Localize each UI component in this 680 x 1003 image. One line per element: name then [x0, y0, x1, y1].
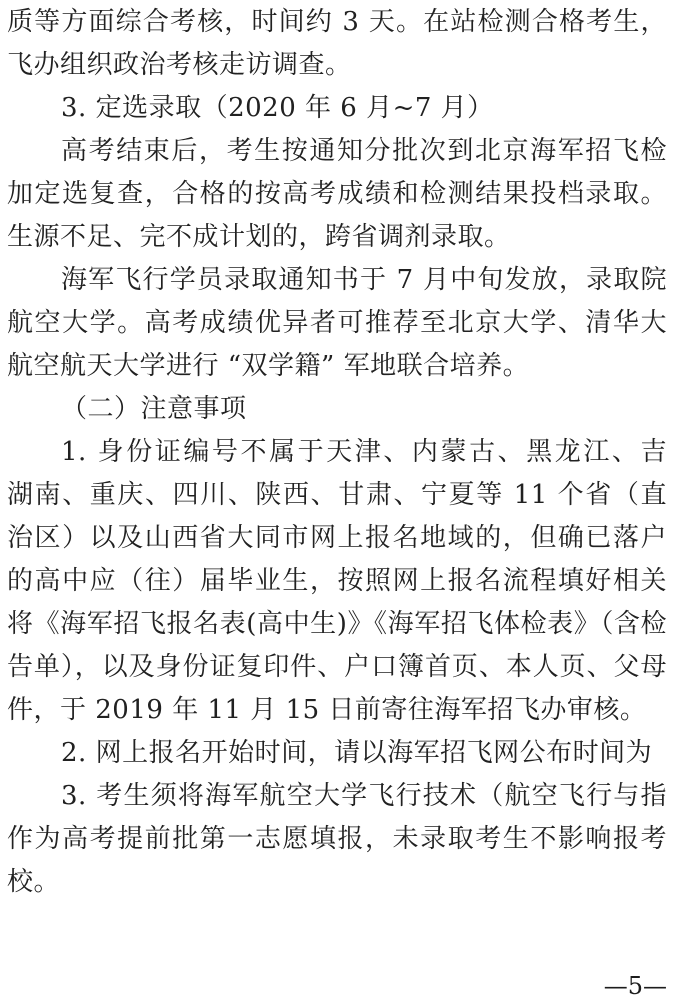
text-line: 航空航天大学进行 “双学籍” 军地联合培养。 — [7, 345, 667, 388]
text-line: 将《海军招飞报名表(高中生)》《海军招飞体检表》（含检查报 — [7, 603, 667, 646]
text-line: 2. 网上报名开始时间，请以海军招飞网公布时间为准。 — [7, 732, 667, 775]
text-line: 告单），以及身份证复印件、户口簿首页、本人页、父母页复印 — [7, 646, 667, 689]
text-line: 校。 — [7, 861, 667, 904]
section-heading: （二）注意事项 — [7, 388, 667, 431]
text-line: 作为高考提前批第一志愿填报，未录取考生不影响报考其他院 — [7, 818, 667, 861]
text-line: 质等方面综合考核，时间约 3 天。在站检测合格考生，由海军招 — [7, 1, 667, 44]
text-line: 湖南、重庆、四川、陕西、甘肃、宁夏等 11 个省（直辖市、自 — [7, 474, 667, 517]
page-number: —5— — [604, 974, 667, 998]
text-line: 加定选复查，合格的按高考成绩和检测结果投档录取。本省上线 — [7, 173, 667, 216]
text-line: 治区）以及山西省大同市网上报名地域的，但确已落户在该地域 — [7, 517, 667, 560]
text-line: 飞办组织政治考核走访调查。 — [7, 44, 667, 87]
text-line: 件，于 2019 年 11 月 15 日前寄往海军招飞办审核。 — [7, 689, 667, 732]
section-heading: 3. 定选录取（2020 年 6 月~7 月） — [7, 87, 667, 130]
text-line: 3. 考生须将海军航空大学飞行技术（航空飞行与指挥）专业 — [7, 775, 667, 818]
text-line: 的高中应（往）届毕业生，按照网上报名流程填好相关资料后， — [7, 560, 667, 603]
text-line: 高考结束后，考生按通知分批次到北京海军招飞检测中心参 — [7, 130, 667, 173]
text-line: 1. 身份证编号不属于天津、内蒙古、黑龙江、吉林、福建、 — [7, 431, 667, 474]
document-body: 质等方面综合考核，时间约 3 天。在站检测合格考生，由海军招 飞办组织政治考核走… — [7, 1, 667, 904]
text-line: 生源不足、完不成计划的，跨省调剂录取。 — [7, 216, 667, 259]
text-line: 航空大学。高考成绩优异者可推荐至北京大学、清华大学和北京 — [7, 302, 667, 345]
document-page: 质等方面综合考核，时间约 3 天。在站检测合格考生，由海军招 飞办组织政治考核走… — [0, 0, 680, 1003]
text-line: 海军飞行学员录取通知书于 7 月中旬发放，录取院校为海军 — [7, 259, 667, 302]
